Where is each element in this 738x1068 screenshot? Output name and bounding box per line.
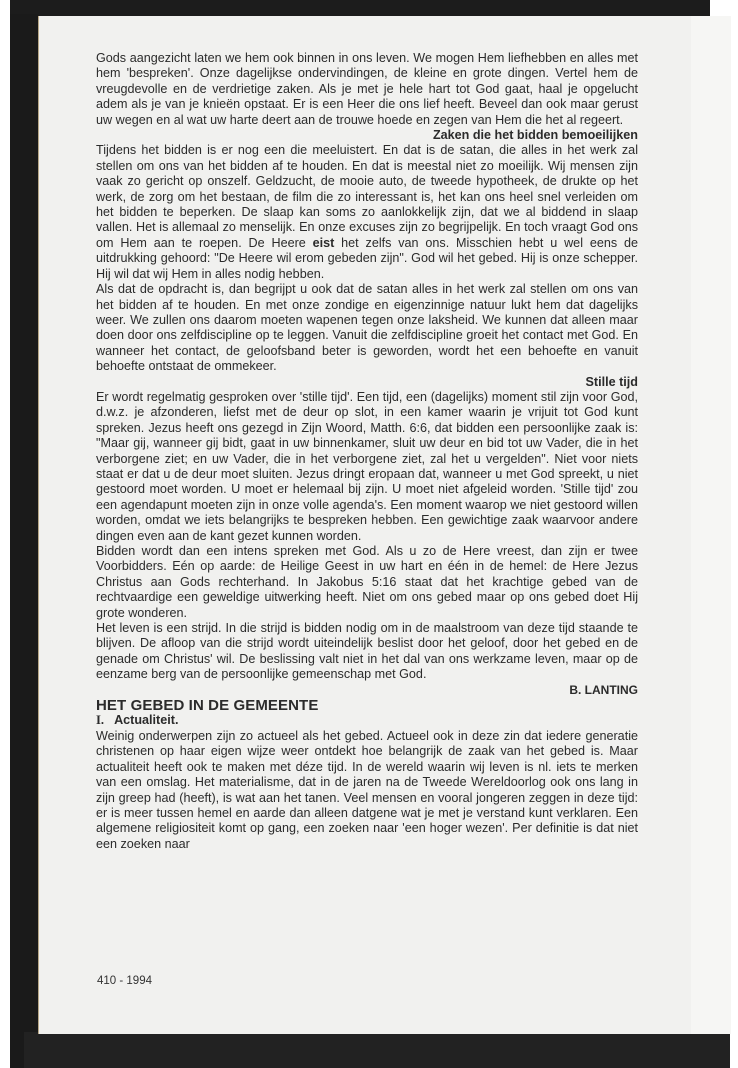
paragraph: Bidden wordt dan een intens spreken met … xyxy=(96,544,638,621)
paragraph: Als dat de opdracht is, dan begrijpt u o… xyxy=(96,282,638,374)
scan-border-left xyxy=(10,14,38,1068)
subsection-title: Actualiteit. xyxy=(114,713,178,727)
emphasis-text: eist xyxy=(313,236,335,250)
subheading-zaken: Zaken die het bidden bemoeilijken xyxy=(96,128,638,143)
paragraph: Tijdens het bidden is er nog een die mee… xyxy=(96,143,638,282)
article-body: Gods aangezicht laten we hem ook binnen … xyxy=(96,51,638,852)
article-title: HET GEBED IN DE GEMEENTE xyxy=(96,698,638,713)
subsection-heading: I.Actualiteit. xyxy=(96,713,638,728)
subheading-stille-tijd: Stille tijd xyxy=(96,375,638,390)
page-footer: 410 - 1994 xyxy=(97,975,152,987)
author-signature: B. LANTING xyxy=(96,683,638,698)
intro-paragraph: Gods aangezicht laten we hem ook binnen … xyxy=(96,51,638,128)
page-edge-strip xyxy=(690,16,731,1034)
subsection-number: I. xyxy=(96,713,104,727)
scan-border-bottom xyxy=(24,1032,730,1068)
paragraph: Er wordt regelmatig gesproken over 'stil… xyxy=(96,390,638,544)
paragraph: Weinig onderwerpen zijn zo actueel als h… xyxy=(96,729,638,852)
paragraph: Het leven is een strijd. In die strijd i… xyxy=(96,621,638,683)
text-run: Tijdens het bidden is er nog een die mee… xyxy=(96,143,638,249)
